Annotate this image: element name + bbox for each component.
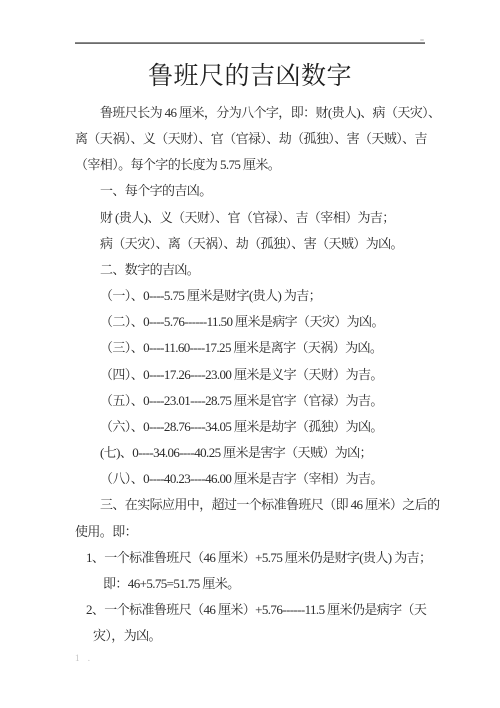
paragraph-line: 即：46+5.75=51.75 厘米。 <box>75 571 427 597</box>
list-item-line: (七)、0----34.06----40.25 厘米是害字（天贼）为凶； <box>75 440 427 466</box>
paragraph-line: 灾），为凶。 <box>75 623 427 649</box>
paragraph-line: 使用。即： <box>75 519 427 545</box>
list-item-line: 1、一个标准鲁班尺（46 厘米）+5.75 厘米仍是财字(贵人) 为吉； <box>75 545 427 571</box>
paragraph-line: 离（天祸）、义（天财）、官（官禄）、劫（孤独）、害（天贼）、吉 <box>75 126 427 152</box>
section-heading-line: 二、数字的吉凶。 <box>75 257 427 283</box>
page-footnote-mark: 1 . <box>75 653 93 663</box>
list-item-line: （四）、0----17.26----23.00 厘米是义字（天财）为吉。 <box>75 362 427 388</box>
list-item-line: 2、一个标准鲁班尺（46 厘米）+5.76------11.5 厘米仍是病字（天 <box>75 597 427 623</box>
list-item-line: （五）、0----23.01----28.75 厘米是官字（官禄）为吉。 <box>75 388 427 414</box>
section-heading-line: 三、在实际应用中，超过一个标准鲁班尺（即 46 厘米）之后的 <box>75 492 427 518</box>
document-page: 鲁班尺的吉凶数字 鲁班尺长为 46 厘米，分为八个字，即：财(贵人)、病（天灾）… <box>0 0 500 708</box>
paragraph-line: 财 (贵人)、义（天财）、官（官禄）、吉（宰相）为吉； <box>75 205 427 231</box>
header-rule <box>75 42 425 44</box>
document-title: 鲁班尺的吉凶数字 <box>0 56 500 92</box>
list-item-line: （一）、0----5.75 厘米是财字(贵人) 为吉； <box>75 283 427 309</box>
document-body: 鲁班尺长为 46 厘米，分为八个字，即：财(贵人)、病（天灾）、 离（天祸）、义… <box>75 100 427 649</box>
list-item-line: （六）、0----28.76----34.05 厘米是劫字（孤独）为凶。 <box>75 414 427 440</box>
paragraph-line: （宰相）。每个字的长度为 5.75 厘米。 <box>75 152 427 178</box>
scan-artifact-dot <box>420 39 424 41</box>
list-item-line: （八）、0----40.23----46.00 厘米是吉字（宰相）为吉。 <box>75 466 427 492</box>
paragraph-line: 病（天灾）、离（天祸）、劫（孤独）、害（天贼）为凶。 <box>75 231 427 257</box>
list-item-line: （二）、0----5.76------11.50 厘米是病字（天灾）为凶。 <box>75 309 427 335</box>
list-item-line: （三）、0----11.60----17.25 厘米是离字（天祸）为凶。 <box>75 335 427 361</box>
section-heading-line: 一、每个字的吉凶。 <box>75 178 427 204</box>
paragraph-line: 鲁班尺长为 46 厘米，分为八个字，即：财(贵人)、病（天灾）、 <box>75 100 427 126</box>
